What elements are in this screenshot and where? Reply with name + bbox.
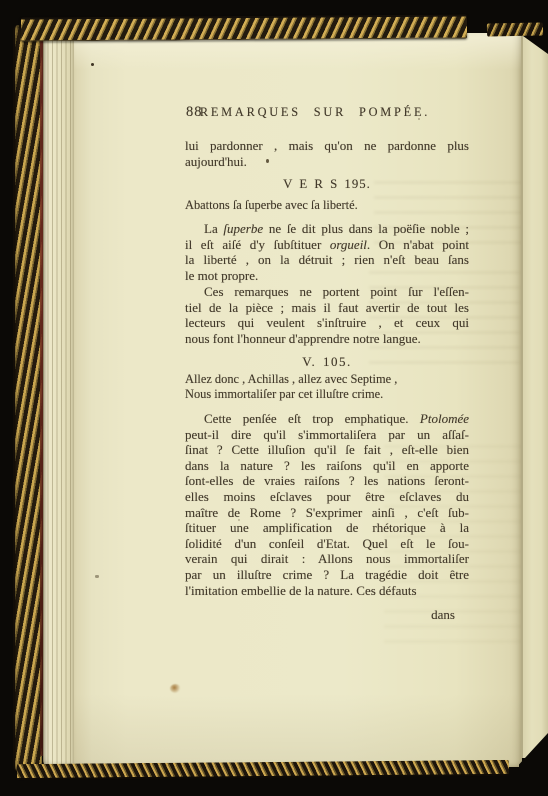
text-line: dans la nature ? les raiſons qu'il en ap…	[185, 458, 469, 474]
paragraph: Ces remarques ne portent point ſur l'eſſ…	[185, 284, 469, 346]
text-line: Cette penſée eſt trop emphatique. Ptolom…	[185, 411, 469, 427]
running-title: REMARQUES SUR POMPÉE.	[185, 105, 469, 120]
text-line: La ſuperbe ne ſe dit plus dans la poëſie…	[185, 221, 469, 237]
page-stack-edges	[43, 31, 74, 768]
catchword: dans	[431, 607, 455, 623]
verse-quotation: Allez donc , Achillas , allez avec Septi…	[185, 372, 469, 403]
text-line: elles moins eſclaves pour être eſclaves …	[185, 489, 469, 505]
text-line: Abattons ſa ſuperbe avec ſa liberté.	[185, 198, 469, 213]
paragraph: La ſuperbe ne ſe dit plus dans la poëſie…	[185, 221, 469, 283]
text-line: verain qui dirait : Allons nous immortal…	[185, 551, 469, 567]
verse-heading: V. 105.	[185, 354, 469, 370]
verse-heading: V E R S 195.	[185, 177, 469, 192]
text-line: aujourd'hui.	[185, 154, 469, 170]
paper-speck	[95, 575, 99, 578]
paper-stain	[170, 684, 181, 693]
text-line: Nous immortaliſer par cet illuſtre crime…	[185, 387, 469, 402]
text-line: lui pardonner , mais qu'on ne pardonne p…	[185, 138, 469, 154]
page-header: 88 REMARQUES SUR POMPÉE.	[185, 105, 469, 121]
text-line: la liberté , on la détruit ; rien n'eſt …	[185, 252, 469, 268]
text-line: tiel de la pièce ; mais il faut avertir …	[185, 300, 469, 316]
text-line: nous font l'honneur d'apprendre notre la…	[185, 331, 469, 347]
text-line: ſolidité d'un conſeil d'Etat. Quel eſt l…	[185, 536, 469, 552]
text-line: maître de Rome ? S'exprimer ainſi , c'eſ…	[185, 505, 469, 521]
text-line: l'imitation embellie de la nature. Ces d…	[185, 583, 469, 599]
text-line: peut-il dire qu'il s'immortaliſera par u…	[185, 427, 469, 443]
text-line: lecteurs qui veulent s'inſtruire , et ce…	[185, 315, 469, 331]
text-line: ſtituer une amplification de rhétorique …	[185, 520, 469, 536]
paragraph: Cette penſée eſt trop emphatique. Ptolom…	[185, 411, 469, 598]
text-line: il eſt aiſé d'y ſubſtituer orgueil. On n…	[185, 237, 469, 253]
book-photo: 88 REMARQUES SUR POMPÉE. lui pardonner ,…	[0, 0, 548, 796]
page-text: 88 REMARQUES SUR POMPÉE. lui pardonner ,…	[185, 0, 469, 796]
text-line: le mot propre.	[185, 268, 469, 284]
gilt-top-edge-fragment	[487, 22, 543, 36]
text-line: Allez donc , Achillas , allez avec Septi…	[185, 372, 469, 387]
gilt-fore-edge	[13, 25, 42, 772]
verse-quotation: Abattons ſa ſuperbe avec ſa liberté.	[185, 198, 469, 213]
page-number: 88	[186, 104, 203, 121]
paragraph-continuation: lui pardonner , mais qu'on ne pardonne p…	[185, 138, 469, 169]
paper-speck	[91, 63, 94, 66]
text-line: Ces remarques ne portent point ſur l'eſſ…	[185, 284, 469, 300]
text-line: ſinat ? Cette illuſion qu'il ſe fait , e…	[185, 442, 469, 458]
text-line: ſont-elles de vraies raiſons ? les natio…	[185, 473, 469, 489]
facing-page-edge	[521, 35, 548, 758]
text-line: par un illuſtre crime ? La tragédie doit…	[185, 567, 469, 583]
